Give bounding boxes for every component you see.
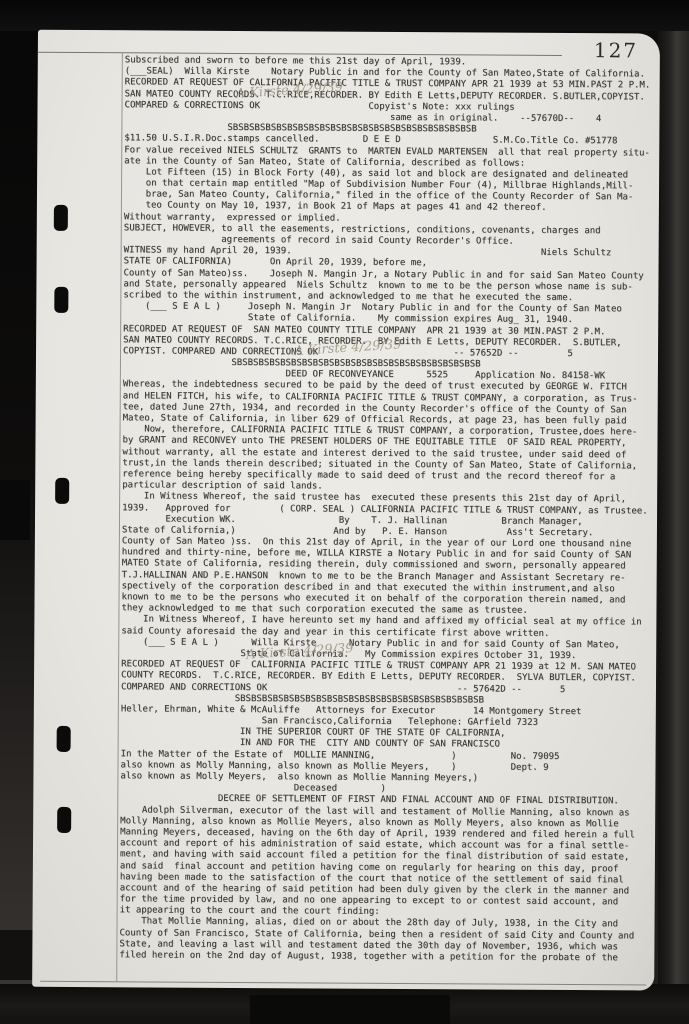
binder-hole bbox=[57, 807, 71, 833]
binder-hole bbox=[55, 478, 69, 504]
top-rule-line bbox=[38, 52, 562, 56]
document-page: 127 Subscribed and sworn to before me th… bbox=[32, 30, 660, 991]
photostat-scan: 127 Subscribed and sworn to before me th… bbox=[0, 0, 689, 1024]
bottom-rule-line bbox=[40, 981, 646, 986]
film-tape-patch bbox=[0, 480, 30, 540]
film-edge-right bbox=[658, 0, 689, 1024]
film-edge-top bbox=[0, 0, 689, 31]
binder-hole bbox=[57, 726, 71, 752]
text-line: filed herein on the 2nd day of August, 1… bbox=[119, 950, 655, 964]
film-tape-patch bbox=[250, 995, 450, 1024]
binder-hole bbox=[54, 205, 68, 231]
binder-hole bbox=[54, 287, 68, 313]
typewritten-text-block: Subscribed and sworn to before me this 2… bbox=[119, 55, 661, 964]
